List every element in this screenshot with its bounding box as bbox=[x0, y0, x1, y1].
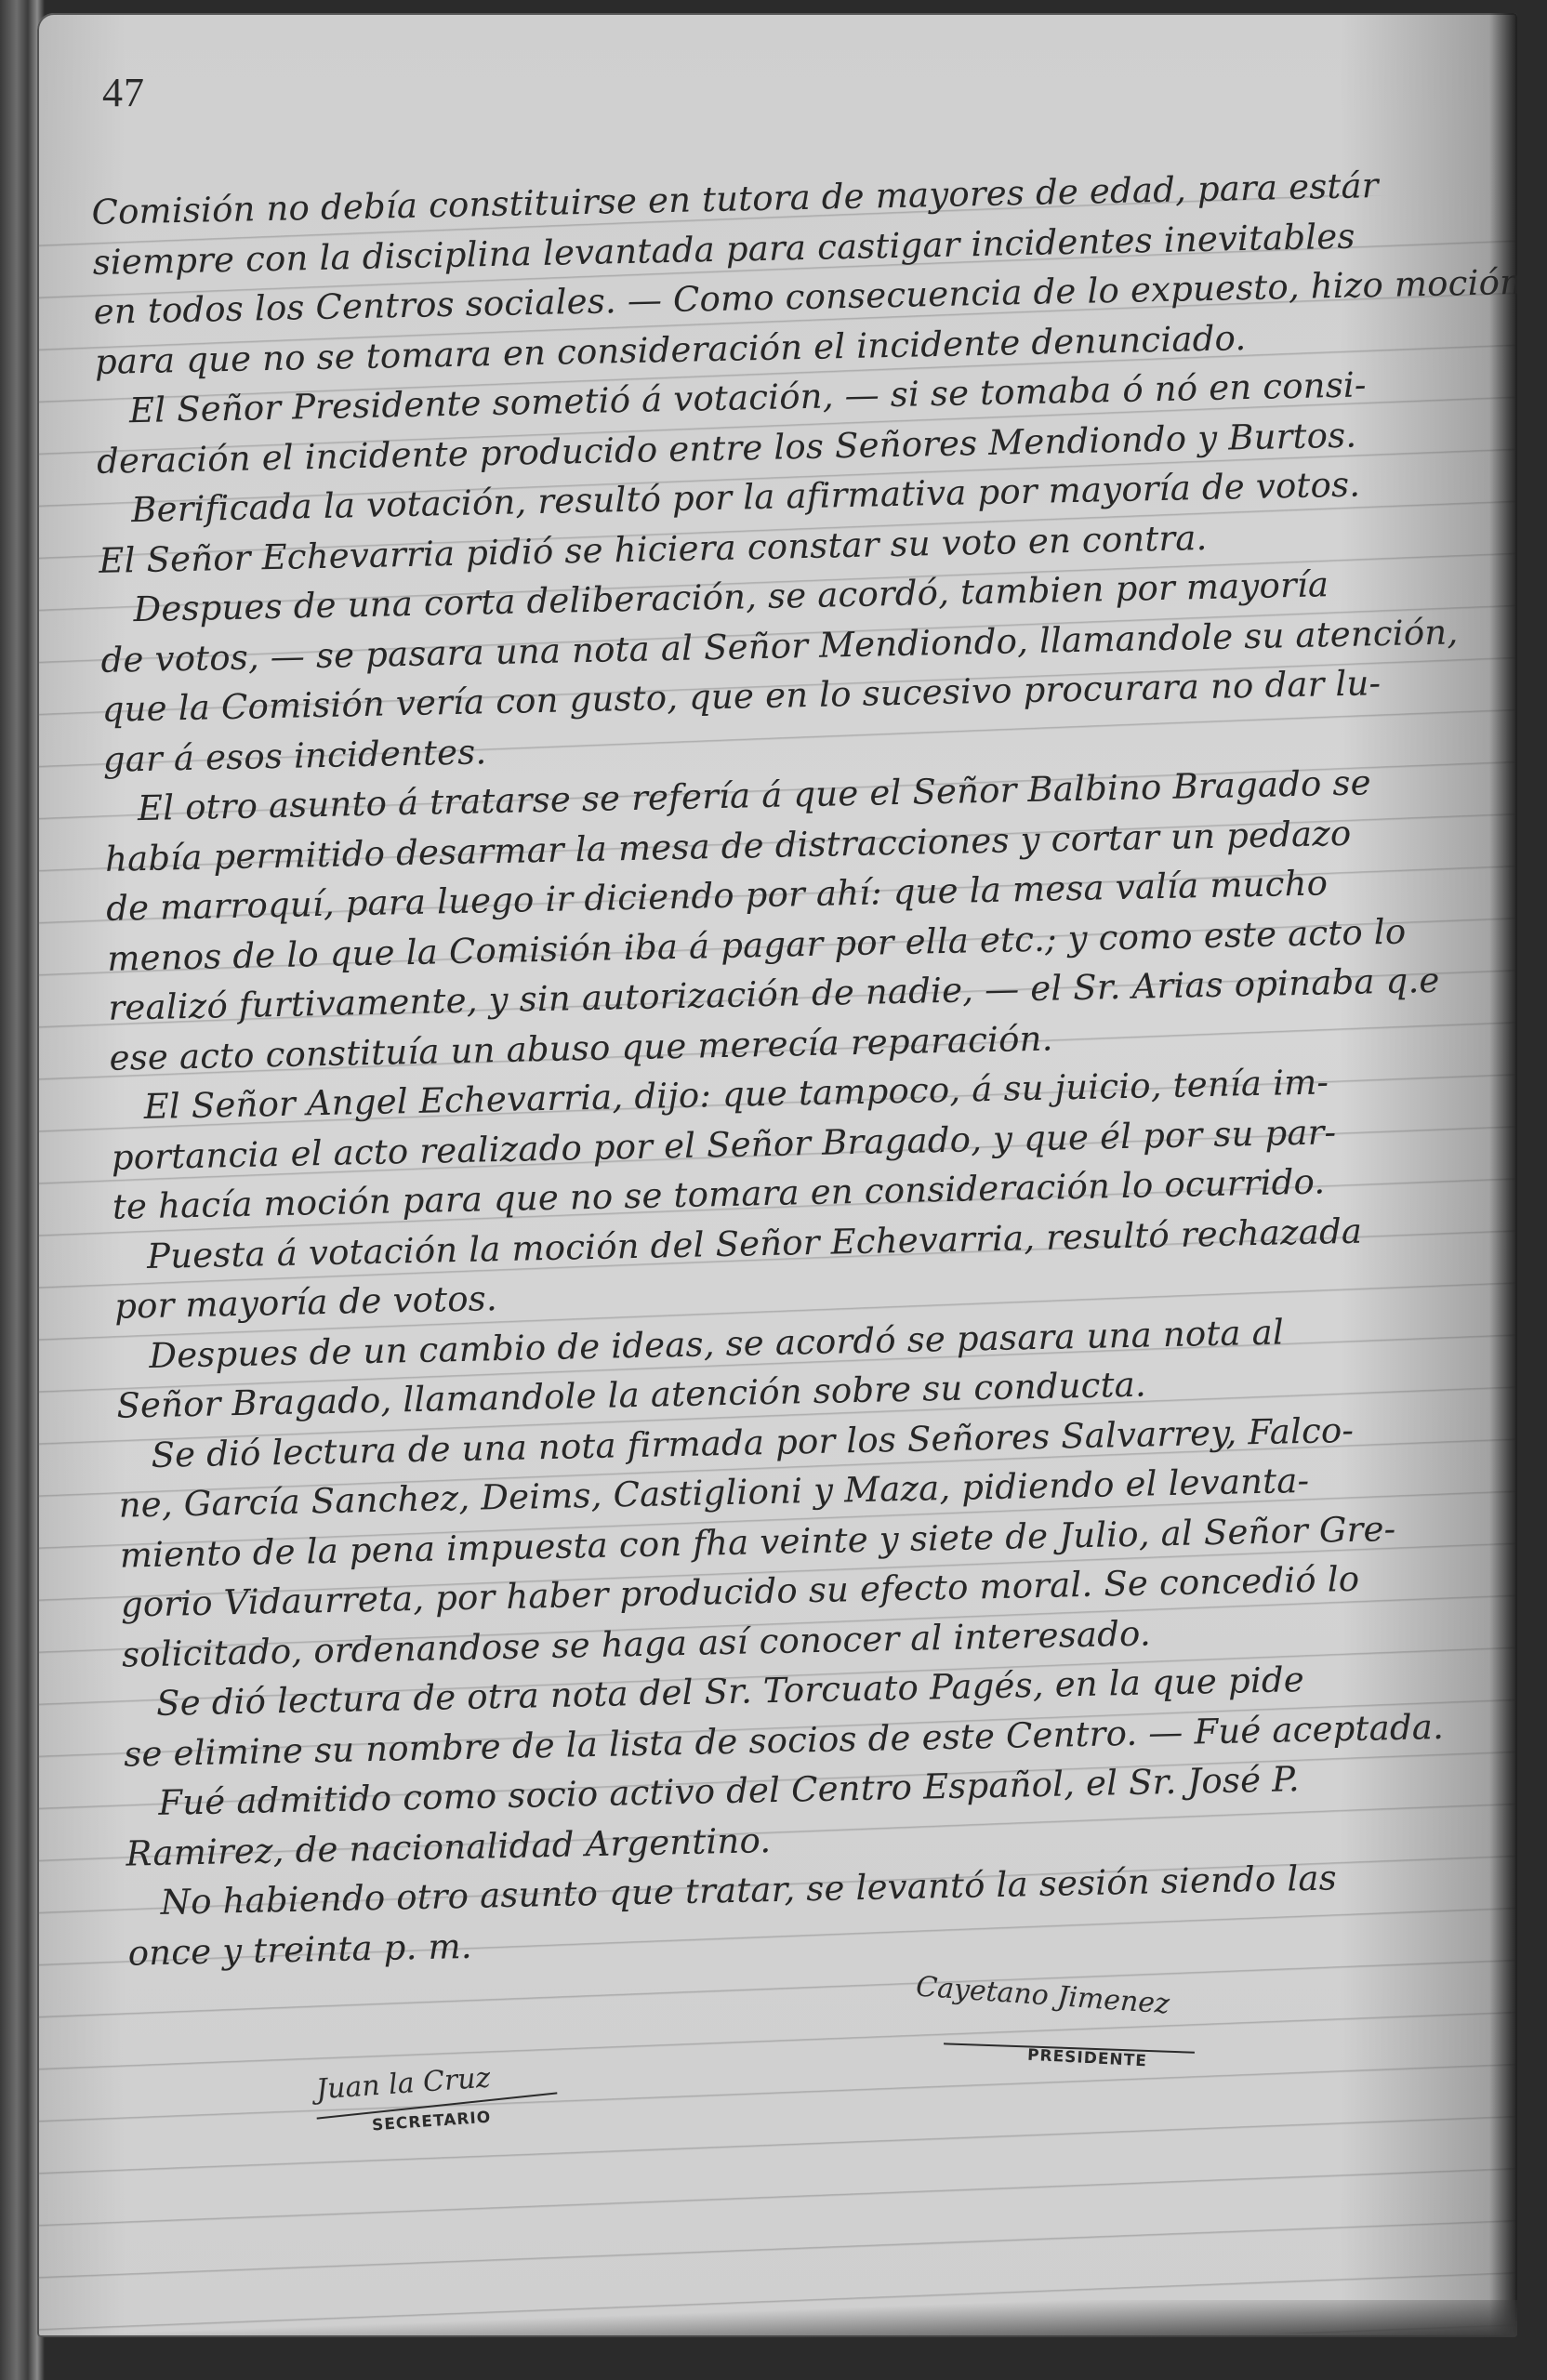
secretary-signature: Juan la Cruz bbox=[315, 2062, 492, 2107]
ledger-page: 47 Comisión no debía constituirse en tut… bbox=[37, 13, 1517, 2337]
signature-area: Cayetano Jimenez PRESIDENTE Juan la Cruz… bbox=[37, 13, 1517, 2337]
secretary-stamp: SECRETARIO bbox=[371, 2109, 491, 2135]
president-signature: Cayetano Jimenez bbox=[915, 1971, 1170, 2021]
